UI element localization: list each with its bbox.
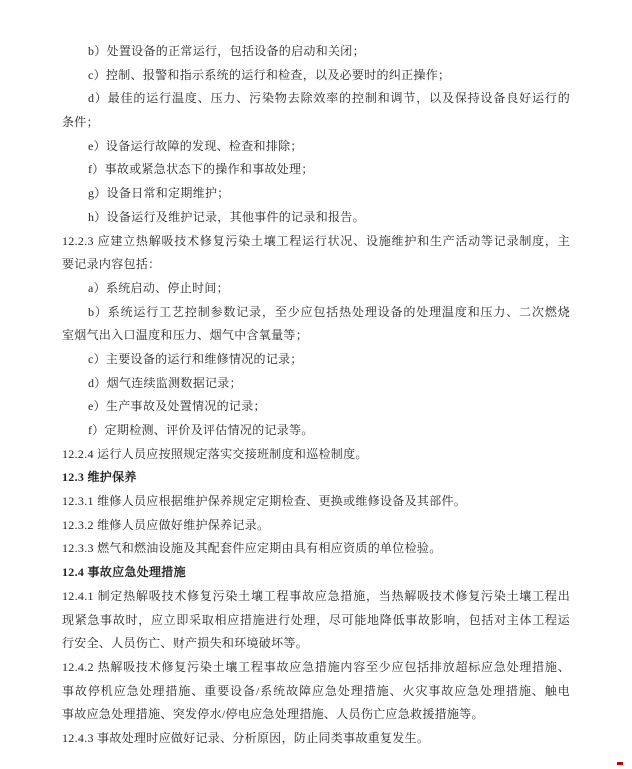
paragraph: 12.4.3 事故处理时应做好记录、分析原因，防止同类事故重复发生。 [62,727,570,751]
text-line: 12.4 事故应急处理措施 [62,561,570,585]
text-line: 12.4.2 热解吸技术修复污染土壤工程事故应急措施内容至少应包括排放超标应急处… [62,656,570,680]
text-line: 室烟气出入口温度和压力、烟气中含氧量等； [62,324,570,348]
text-line: 12.3.3 燃气和燃油设施及其配套件应定期由具有相应资质的单位检验。 [62,537,570,561]
text-line: 要记录内容包括： [62,253,570,277]
section-heading: 12.3 维护保养 [62,466,570,490]
paragraph: 12.3.3 燃气和燃油设施及其配套件应定期由具有相应资质的单位检验。 [62,537,570,561]
list-item: a）系统启动、停止时间； [62,277,570,301]
list-item: c）控制、报警和指示系统的运行和检查，以及必要时的纠正操作； [62,64,570,88]
text-line: 行安全、人员伤亡、财产损失和环境破坏等。 [62,632,570,656]
text-line: d）烟气连续监测数据记录； [62,372,570,396]
document-page: b）处置设备的正常运行，包括设备的启动和关闭；c）控制、报警和指示系统的运行和检… [0,0,632,769]
text-line: e）设备运行故障的发现、检查和排除； [62,135,570,159]
list-item: e）设备运行故障的发现、检查和排除； [62,135,570,159]
text-line: a）系统启动、停止时间； [62,277,570,301]
list-item: d）烟气连续监测数据记录； [62,372,570,396]
text-line: 12.3.1 维修人员应根据维护保养规定定期检查、更换或维修设备及其部件。 [62,490,570,514]
paragraph: 12.4.2 热解吸技术修复污染土壤工程事故应急措施内容至少应包括排放超标应急处… [62,656,570,727]
text-line: 事故应急处理措施、突发停水/停电应急处理措施、人员伤亡应急救援措施等。 [62,703,570,727]
list-item: h）设备运行及维护记录，其他事件的记录和报告。 [62,206,570,230]
text-line: 12.3 维护保养 [62,466,570,490]
text-line: 现紧急事故时，应立即采取相应措施进行处理，尽可能地降低事故影响，包括对主体工程运 [62,609,570,633]
text-line: h）设备运行及维护记录，其他事件的记录和报告。 [62,206,570,230]
list-item: g）设备日常和定期维护； [62,182,570,206]
text-line: b）系统运行工艺控制参数记录，至少应包括热处理设备的处理温度和压力、二次燃烧 [62,301,570,325]
paragraph: 12.3.2 维修人员应做好维护保养记录。 [62,514,570,538]
text-line: e）生产事故及处置情况的记录； [62,395,570,419]
document-body: b）处置设备的正常运行，包括设备的启动和关闭；c）控制、报警和指示系统的运行和检… [62,40,570,751]
text-line: 事故停机应急处理措施、重要设备/系统故障应急处理措施、火灾事故应急处理措施、触电 [62,680,570,704]
list-item: e）生产事故及处置情况的记录； [62,395,570,419]
text-line: 12.2.3 应建立热解吸技术修复污染土壤工程运行状况、设施维护和生产活动等记录… [62,230,570,254]
text-line: b）处置设备的正常运行，包括设备的启动和关闭； [62,40,570,64]
list-item: b）系统运行工艺控制参数记录，至少应包括热处理设备的处理温度和压力、二次燃烧室烟… [62,301,570,348]
list-item: c）主要设备的运行和维修情况的记录； [62,348,570,372]
paragraph: 12.2.4 运行人员应按照规定落实交接班制度和巡检制度。 [62,443,570,467]
paragraph: 12.3.1 维修人员应根据维护保养规定定期检查、更换或维修设备及其部件。 [62,490,570,514]
text-line: d）最佳的运行温度、压力、污染物去除效率的控制和调节，以及保持设备良好运行的 [62,87,570,111]
list-item: d）最佳的运行温度、压力、污染物去除效率的控制和调节，以及保持设备良好运行的条件… [62,87,570,134]
text-line: 12.3.2 维修人员应做好维护保养记录。 [62,514,570,538]
text-line: 12.4.3 事故处理时应做好记录、分析原因，防止同类事故重复发生。 [62,727,570,751]
paragraph: 12.2.3 应建立热解吸技术修复污染土壤工程运行状况、设施维护和生产活动等记录… [62,230,570,277]
list-item: b）处置设备的正常运行，包括设备的启动和关闭； [62,40,570,64]
text-line: g）设备日常和定期维护； [62,182,570,206]
text-line: 条件； [62,111,570,135]
text-line: f）事故或紧急状态下的操作和事故处理； [62,158,570,182]
list-item: f）定期检测、评价及评估情况的记录等。 [62,419,570,443]
list-item: f）事故或紧急状态下的操作和事故处理； [62,158,570,182]
section-heading: 12.4 事故应急处理措施 [62,561,570,585]
text-line: 12.4.1 制定热解吸技术修复污染土壤工程事故应急措施，当热解吸技术修复污染土… [62,585,570,609]
text-line: f）定期检测、评价及评估情况的记录等。 [62,419,570,443]
text-line: c）控制、报警和指示系统的运行和检查，以及必要时的纠正操作； [62,64,570,88]
text-line: 12.2.4 运行人员应按照规定落实交接班制度和巡检制度。 [62,443,570,467]
red-artifact-mark [617,762,623,765]
text-line: c）主要设备的运行和维修情况的记录； [62,348,570,372]
paragraph: 12.4.1 制定热解吸技术修复污染土壤工程事故应急措施，当热解吸技术修复污染土… [62,585,570,656]
